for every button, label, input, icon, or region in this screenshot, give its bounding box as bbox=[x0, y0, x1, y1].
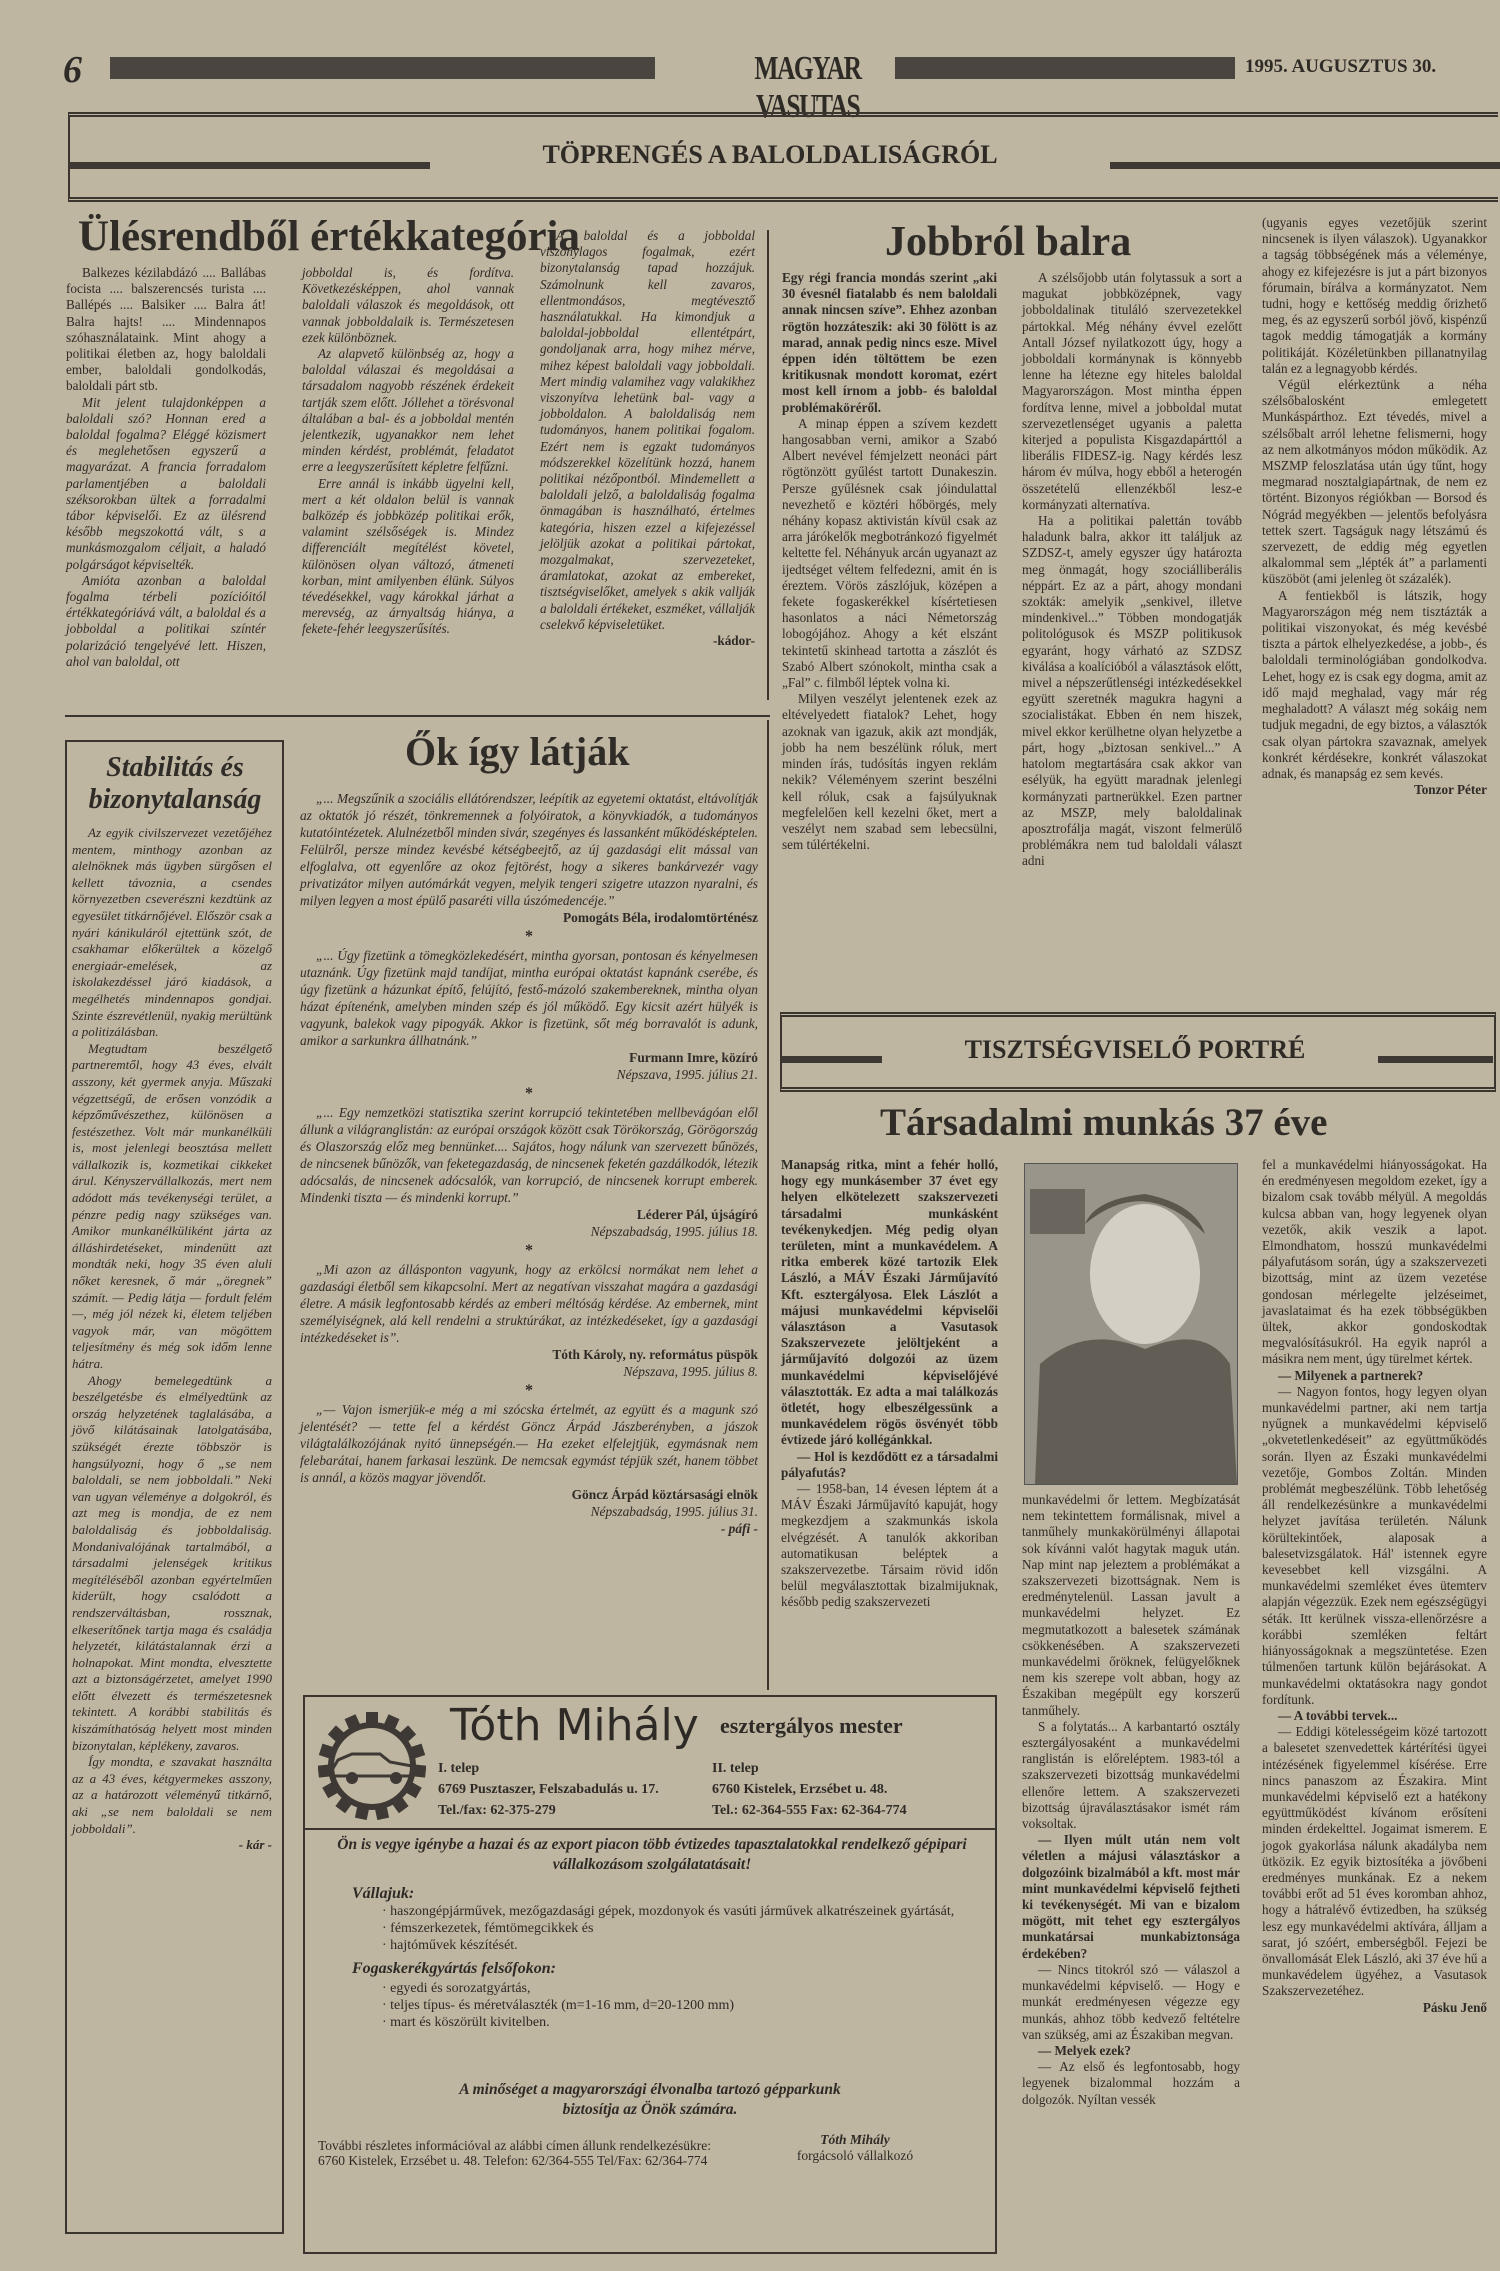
page-number: 6 bbox=[63, 48, 82, 92]
service-item: · hajtóművek készítését. bbox=[382, 1937, 982, 1954]
interview-answer: — Eddigi kötelességeim közé tartozott a … bbox=[1262, 1724, 1487, 1999]
advert-tagline: Ön is vegye igénybe a hazai és az export… bbox=[322, 1835, 982, 1875]
paragraph: Megtudtam beszélgető partneremtől, hogy … bbox=[72, 1041, 272, 1373]
headline-ok-igy-latjak: Ők így látják bbox=[405, 728, 629, 775]
headline-tarsadalmi-munkas: Társadalmi munkás 37 éve bbox=[880, 1100, 1327, 1145]
paragraph: Amióta azonban a baloldal fogalma térbel… bbox=[66, 573, 266, 670]
interview-question: — Hol is kezdődött ez a társadalmi pálya… bbox=[781, 1449, 998, 1481]
paragraph: Ahogy bemelegedtünk a beszélgetésbe és e… bbox=[72, 1373, 272, 1755]
site1-label: I. telep bbox=[438, 1758, 659, 1779]
article1-col1: Balkezes kézilabdázó .... Ballábas focis… bbox=[66, 265, 266, 670]
signature-kador: -kádor- bbox=[540, 633, 755, 649]
site2-phone: Tel.: 62-364-555 Fax: 62-364-774 bbox=[712, 1800, 907, 1821]
paragraph: munkavédelmi őr lettem. Megbízatását nem… bbox=[1022, 1492, 1240, 1719]
quote-text: „... Egy nemzetközi statisztika szerint … bbox=[300, 1104, 758, 1206]
quote-author: Göncz Árpád köztársasági elnök bbox=[300, 1486, 758, 1503]
star-separator: * bbox=[300, 928, 758, 945]
paragraph: (ugyanis egyes vezetőjük szerint nincsen… bbox=[1262, 215, 1487, 377]
quote-text: „Mi azon az állásponton vagyunk, hogy az… bbox=[300, 1261, 758, 1346]
sign-name: Tóth Mihály bbox=[765, 2132, 945, 2148]
gear-item: · egyedi és sorozatgyártás, bbox=[382, 1980, 982, 1997]
advert-quality: A minőséget a magyarországi élvonalba ta… bbox=[440, 2080, 860, 2120]
service-item: · fémszerkezetek, fémtömegcikkek és bbox=[382, 1920, 982, 1937]
section-rule-left bbox=[70, 162, 430, 169]
site2-address: 6760 Kistelek, Erzsébet u. 48. bbox=[712, 1779, 907, 1800]
quote-text: „... Megszűnik a szociális ellátórendsze… bbox=[300, 790, 758, 909]
signature-kar: - kár - bbox=[72, 1837, 272, 1854]
star-separator: * bbox=[300, 1242, 758, 1259]
article5-col2: munkavédelmi őr lettem. Megbízatását nem… bbox=[1022, 1492, 1240, 2108]
interview-answer: — Az első és legfontosabb, hogy legyenek… bbox=[1022, 2059, 1240, 2108]
horizontal-divider bbox=[65, 715, 770, 717]
paragraph: jobboldal is, és fordítva. Következéskép… bbox=[302, 265, 514, 346]
section-rule-right bbox=[1378, 1056, 1493, 1063]
quote-author: Tóth Károly, ny. református püspök bbox=[300, 1346, 758, 1363]
signature-pafi: - páfi - bbox=[300, 1520, 758, 1537]
issue-date: 1995. AUGUSZTUS 30. bbox=[1245, 56, 1436, 78]
paragraph: Ha a politikai palettán tovább haladunk … bbox=[1022, 513, 1242, 869]
paragraph: Az alapvető különbség az, hogy a balolda… bbox=[302, 346, 514, 476]
quote-text: „... Úgy fizetünk a tömegközlekedésért, … bbox=[300, 947, 758, 1049]
paragraph: Mit jelent tulajdonképpen a baloldali sz… bbox=[66, 395, 266, 573]
headline-ulesrendbol: Ülésrendből értékkategória bbox=[78, 212, 580, 261]
article2-col2: A szélsőjobb után folytassuk a sort a ma… bbox=[1022, 270, 1242, 870]
article2-col3: (ugyanis egyes vezetőjük szerint nincsen… bbox=[1262, 215, 1487, 798]
gear-item: · mart és köszörült kivitelben. bbox=[382, 2014, 982, 2031]
quote-author: Furmann Imre, közíró bbox=[300, 1049, 758, 1066]
headline-jobbrol-balra: Jobbról balra bbox=[885, 218, 1131, 266]
service-item: · haszongépjárművek, mezőgazdasági gépek… bbox=[382, 1903, 982, 1920]
paragraph: S a folytatás... A karbantartó osztály e… bbox=[1022, 1719, 1240, 1832]
article3-body: Az egyik civilszervezet vezetőjéhez ment… bbox=[72, 825, 272, 1854]
signature-tonzor: Tonzor Péter bbox=[1262, 782, 1487, 798]
article4-quotes: „... Megszűnik a szociális ellátórendsze… bbox=[300, 790, 758, 1537]
advert-site1: I. telep 6769 Pusztaszer, Felszabadulás … bbox=[438, 1758, 659, 1821]
quote-author: Léderer Pál, újságíró bbox=[300, 1206, 758, 1223]
paragraph: A baloldal és a jobboldal viszonylagos f… bbox=[540, 228, 755, 633]
paragraph: Balkezes kézilabdázó .... Ballábas focis… bbox=[66, 265, 266, 395]
article2-col1: Egy régi francia mondás szerint „aki 30 … bbox=[782, 270, 997, 853]
gear-with-car-icon bbox=[318, 1712, 426, 1820]
paragraph: A fentiekből is látszik, hogy Magyarorsz… bbox=[1262, 588, 1487, 782]
sign-role: forgácsoló vállalkozó bbox=[765, 2148, 945, 2164]
interview-answer: — Nincs titokról szó — válaszol a munkav… bbox=[1022, 1962, 1240, 2043]
portrait-photo bbox=[1024, 1163, 1238, 1485]
interview-question: — Milyenek a partnerek? bbox=[1262, 1368, 1487, 1384]
paragraph: Így mondta, e szavakat használta az a 43… bbox=[72, 1754, 272, 1837]
article1-col2: jobboldal is, és fordítva. Következéskép… bbox=[302, 265, 514, 638]
paragraph: Az egyik civilszervezet vezetőjéhez ment… bbox=[72, 825, 272, 1041]
advert-name: Tóth Mihály bbox=[450, 1700, 699, 1751]
services-heading: Vállajuk: bbox=[352, 1885, 982, 1903]
star-separator: * bbox=[300, 1085, 758, 1102]
quote-source: Népszabadság, 1995. július 31. bbox=[300, 1503, 758, 1520]
interview-question: — Melyek ezek? bbox=[1022, 2043, 1240, 2059]
signature-pasku: Pásku Jenő bbox=[1262, 2000, 1487, 2016]
paragraph: Milyen veszélyt jelentenek ezek az eltév… bbox=[782, 691, 997, 853]
headline-stabilitas: Stabilitás és bizonytalanság bbox=[75, 752, 275, 816]
site1-address: 6769 Pusztaszer, Felszabadulás u. 17. bbox=[438, 1779, 659, 1800]
interview-question: — Ilyen múlt után nem volt véletlen a má… bbox=[1022, 1832, 1240, 1962]
interview-question: — A további tervek... bbox=[1262, 1708, 1487, 1724]
gear-item: · teljes típus- és méretválaszték (m=1-1… bbox=[382, 1997, 982, 2014]
advert-divider bbox=[303, 1828, 995, 1830]
column-divider bbox=[767, 230, 769, 700]
advert-signature: Tóth Mihály forgácsoló vállalkozó bbox=[765, 2132, 945, 2164]
interview-answer: — 1958-ban, 14 évesen léptem át a MÁV És… bbox=[781, 1481, 998, 1611]
site2-label: II. telep bbox=[712, 1758, 907, 1779]
interview-answer: — Nagyon fontos, hogy legyen olyan munka… bbox=[1262, 1384, 1487, 1708]
quote-author: Pomogáts Béla, irodalomtörténész bbox=[300, 909, 758, 926]
section-title-toprenges: TÖPRENGÉS A BALOLDALISÁGRÓL bbox=[440, 140, 1100, 170]
quote-source: Népszabadság, 1995. július 18. bbox=[300, 1223, 758, 1240]
star-separator: * bbox=[300, 1382, 758, 1399]
gears-heading: Fogaskerékgyártás felsőfokon: bbox=[352, 1960, 982, 1978]
article1-col3: A baloldal és a jobboldal viszonylagos f… bbox=[540, 228, 755, 649]
quote-source: Népszava, 1995. július 8. bbox=[300, 1363, 758, 1380]
section-title-portre: TISZTSÉGVISELŐ PORTRÉ bbox=[890, 1035, 1380, 1065]
site1-phone: Tel./fax: 62-375-279 bbox=[438, 1800, 659, 1821]
paragraph: A szélsőjobb után folytassuk a sort a ma… bbox=[1022, 270, 1242, 513]
article5-col3: fel a munkavédelmi hiányosságokat. Ha én… bbox=[1262, 1157, 1487, 2016]
advert-site2: II. telep 6760 Kistelek, Erzsébet u. 48.… bbox=[712, 1758, 907, 1821]
section-rule-right bbox=[1110, 162, 1500, 169]
advert-title: esztergályos mester bbox=[720, 1713, 903, 1739]
column-divider bbox=[767, 720, 769, 1690]
paragraph: Végül elérkeztünk a néha szélsőbalosként… bbox=[1262, 377, 1487, 588]
section-rule-left bbox=[782, 1056, 882, 1063]
paragraph: fel a munkavédelmi hiányosságokat. Ha én… bbox=[1262, 1157, 1487, 1368]
lead-paragraph: Manapság ritka, mint a fehér holló, hogy… bbox=[781, 1157, 998, 1449]
header-rule-right bbox=[895, 57, 1235, 79]
paragraph: Erre annál is inkább ügyelni kell, mert … bbox=[302, 476, 514, 638]
advert-services: Vállajuk: · haszongépjárművek, mezőgazda… bbox=[322, 1885, 982, 2031]
quote-text: „— Vajon ismerjük-e még a mi szócska ért… bbox=[300, 1401, 758, 1486]
paragraph: A minap éppen a szívem kezdett hangosabb… bbox=[782, 416, 997, 691]
quote-source: Népszava, 1995. július 21. bbox=[300, 1066, 758, 1083]
article5-col1: Manapság ritka, mint a fehér holló, hogy… bbox=[781, 1157, 998, 1611]
header-rule-left bbox=[110, 57, 655, 79]
lead-paragraph: Egy régi francia mondás szerint „aki 30 … bbox=[782, 270, 997, 416]
